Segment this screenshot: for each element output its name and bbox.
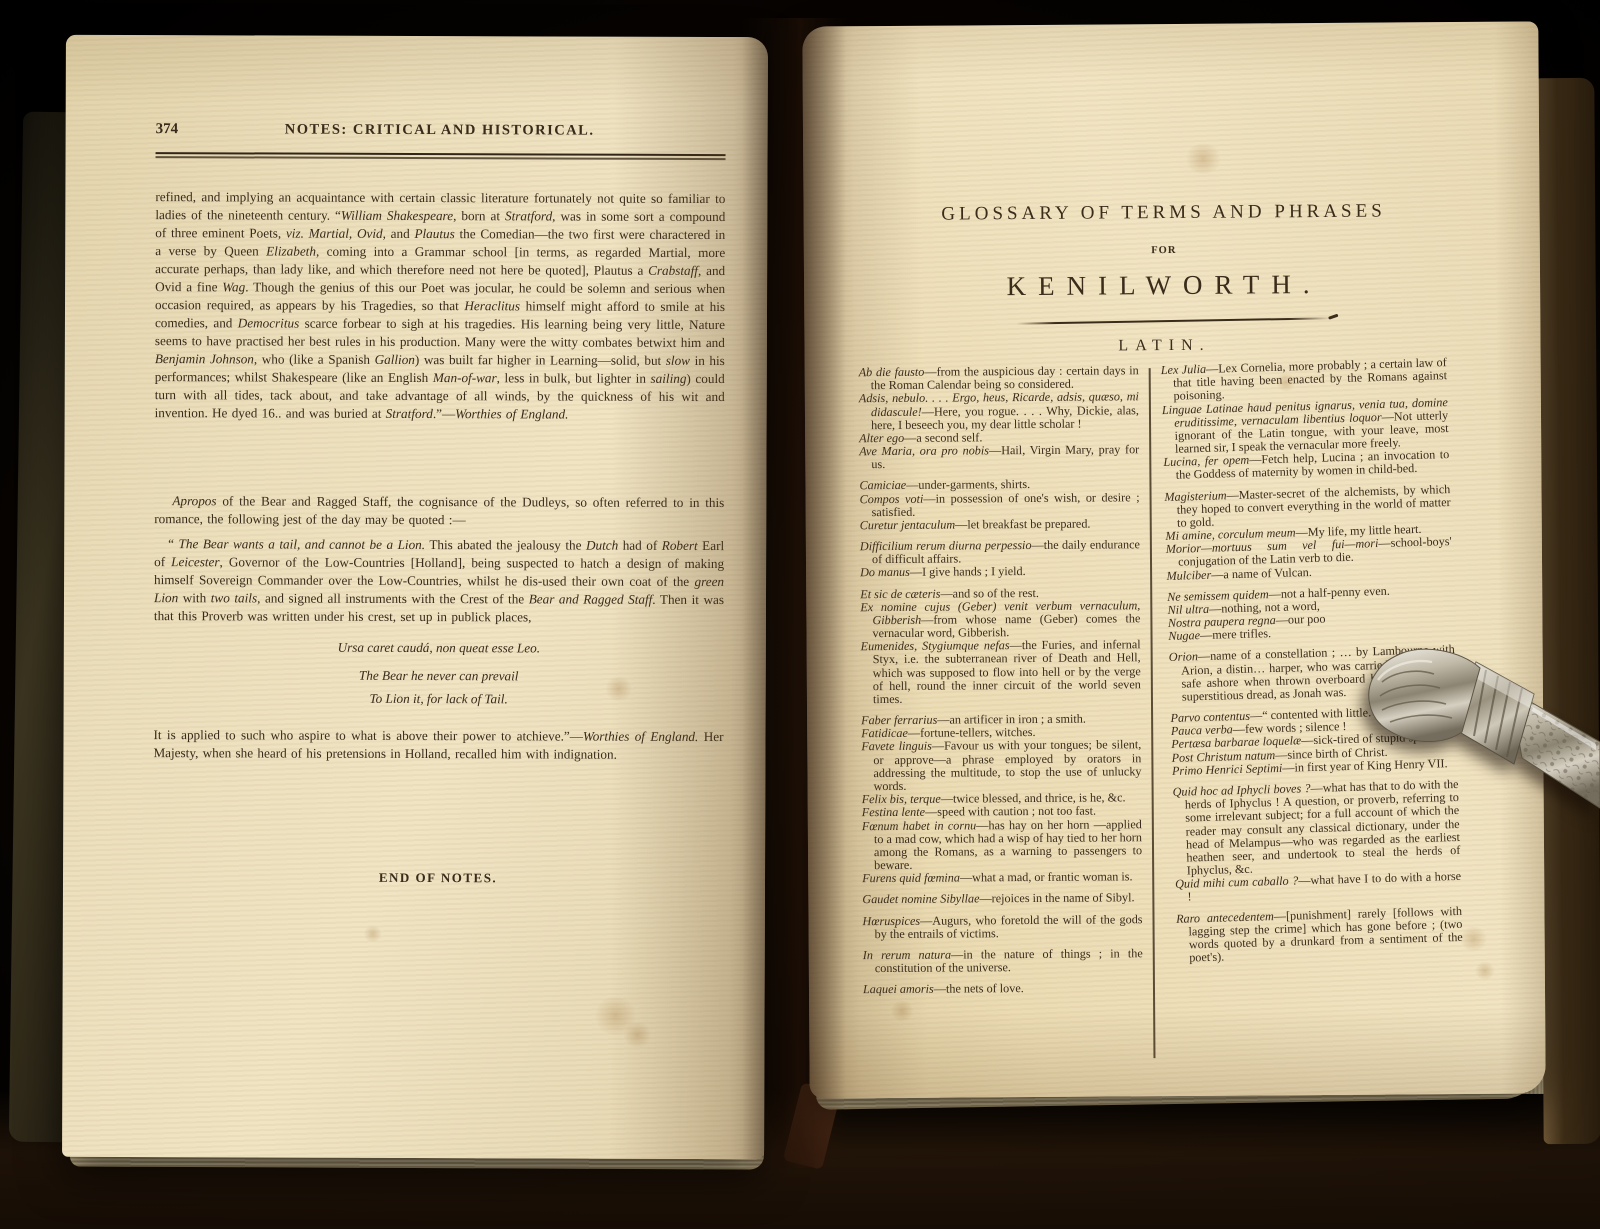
foxing-spot (622, 1022, 652, 1048)
glossary-group: Gaudet nomine Sibyllae—rejoices in the n… (862, 892, 1142, 907)
glossary-group: Lex Julia—Lex Cornelia, more probably ; … (1161, 356, 1450, 482)
glossary-title: GLOSSARY OF TERMS AND PHRASES (834, 200, 1494, 227)
right-page: GLOSSARY OF TERMS AND PHRASES FOR KENILW… (802, 21, 1545, 1098)
header-rule (156, 152, 726, 156)
right-book-cover (1536, 78, 1600, 1144)
glossary-book-title: KENILWORTH. (834, 268, 1494, 304)
glossary-entry: Compos voti—in possession of one's wish,… (860, 491, 1140, 519)
page-turner-graphic (1364, 630, 1600, 832)
glossary-entry: Fœnum habet in cornu—has hay on her horn… (862, 818, 1142, 873)
glossary-group: Hœruspices—Augurs, who foretold the will… (862, 913, 1142, 941)
glossary-entry: Favete linguis—Favour us with your tongu… (861, 739, 1141, 794)
notes-paragraph-applied: It is applied to such who aspire to what… (153, 726, 723, 764)
glossary-entry: Hœruspices—Augurs, who foretold the will… (862, 913, 1142, 941)
latin-verse: Ursa caret caudá, non queat esse Leo. Th… (154, 635, 724, 711)
foxing-spot (1183, 144, 1223, 174)
verse-line: Ursa caret caudá, non queat esse Leo. (154, 635, 724, 660)
column-divider-rule (1149, 368, 1155, 1058)
verse-line: The Bear he never can prevail (154, 663, 724, 688)
glossary-entry: Quid mihi cum caballo ?—what have I to d… (1175, 870, 1462, 904)
glossary-entry: Ex nomine cujus (Geber) venit verbum ver… (860, 599, 1140, 640)
glossary-entry: Curetur jentaculum—let breakfast be prep… (860, 517, 1140, 532)
glossary-entry: In rerum natura—in the nature of things … (863, 947, 1143, 975)
glossary-group: Laquei amoris—the nets of love. (863, 981, 1143, 996)
glossary-entry: Do manus—I give hands ; I yield. (860, 565, 1140, 580)
glossary-entry: Laquei amoris—the nets of love. (863, 981, 1143, 996)
foxing-spot (1459, 927, 1489, 951)
glossary-entry: Ave Maria, ora pro nobis—Hail, Virgin Ma… (859, 443, 1139, 471)
glossary-group: Difficilium rerum diurna perpessio—the d… (860, 538, 1140, 579)
verse-line: To Lion it, for lack of Tail. (154, 686, 724, 711)
glossary-group: Ab die fausto—from the auspicious day : … (859, 364, 1140, 471)
foxing-spot (363, 926, 383, 942)
glossary-group: In rerum natura—in the nature of things … (863, 947, 1143, 975)
book-photo: 374 NOTES: CRITICAL AND HISTORICAL. refi… (0, 0, 1600, 1229)
glossary-group: Et sic de cæteris—and so of the rest.Ex … (860, 586, 1141, 706)
glossary-entry: Lucina, fer opem—Fetch help, Lucina ; an… (1163, 448, 1450, 482)
notes-paragraph-shakespeare: refined, and implying an acquaintance wi… (155, 188, 726, 424)
glossary-entry: Raro antecedentem—[punishment] rarely [f… (1176, 904, 1463, 965)
glossary-group: Faber ferrarius—an artificer in iron ; a… (861, 712, 1142, 885)
glossary-group: Magisterium—Master-secret of the alchemi… (1164, 483, 1452, 583)
glossary-entry: Eumenides, Stygiumque nefas—the Furies, … (861, 639, 1141, 707)
page-number: 374 (156, 121, 179, 138)
silver-page-turner (1364, 630, 1600, 832)
glossary-column-left: Ab die fausto—from the auspicious day : … (859, 364, 1143, 996)
glossary-entry: Adsis, nebulo. . . . Ergo, heus, Ricarde… (859, 391, 1139, 432)
glossary-entry: Ab die fausto—from the auspicious day : … (859, 364, 1139, 392)
title-flourish-rule (1016, 317, 1332, 325)
notes-paragraph-apropos: Apropos of the Bear and Ragged Staff, th… (154, 492, 724, 530)
glossary-entry: Linguae Latinae haud penitus ignarus, ve… (1162, 396, 1449, 457)
left-page: 374 NOTES: CRITICAL AND HISTORICAL. refi… (62, 35, 768, 1159)
latin-section-heading: LATIN. (834, 335, 1494, 358)
end-of-notes: END OF NOTES. (153, 869, 723, 887)
running-head: 374 NOTES: CRITICAL AND HISTORICAL. (156, 121, 724, 140)
notes-paragraph-bear-quote: “ The Bear wants a tail, and cannot be a… (154, 535, 724, 627)
foxing-spot (1474, 962, 1496, 980)
glossary-entry: Gaudet nomine Sibyllae—rejoices in the n… (862, 892, 1142, 907)
glossary-entry: Furens quid fœmina—what a mad, or franti… (862, 870, 1142, 885)
glossary-entry: Difficilium rerum diurna perpessio—the d… (860, 538, 1140, 566)
glossary-group: Raro antecedentem—[punishment] rarely [f… (1176, 904, 1463, 965)
glossary-group: Camiciae—under-garments, shirts.Compos v… (859, 478, 1139, 533)
glossary-for-label: FOR (834, 243, 1494, 259)
running-head-text: NOTES: CRITICAL AND HISTORICAL. (285, 122, 595, 139)
foxing-spot (592, 997, 638, 1035)
